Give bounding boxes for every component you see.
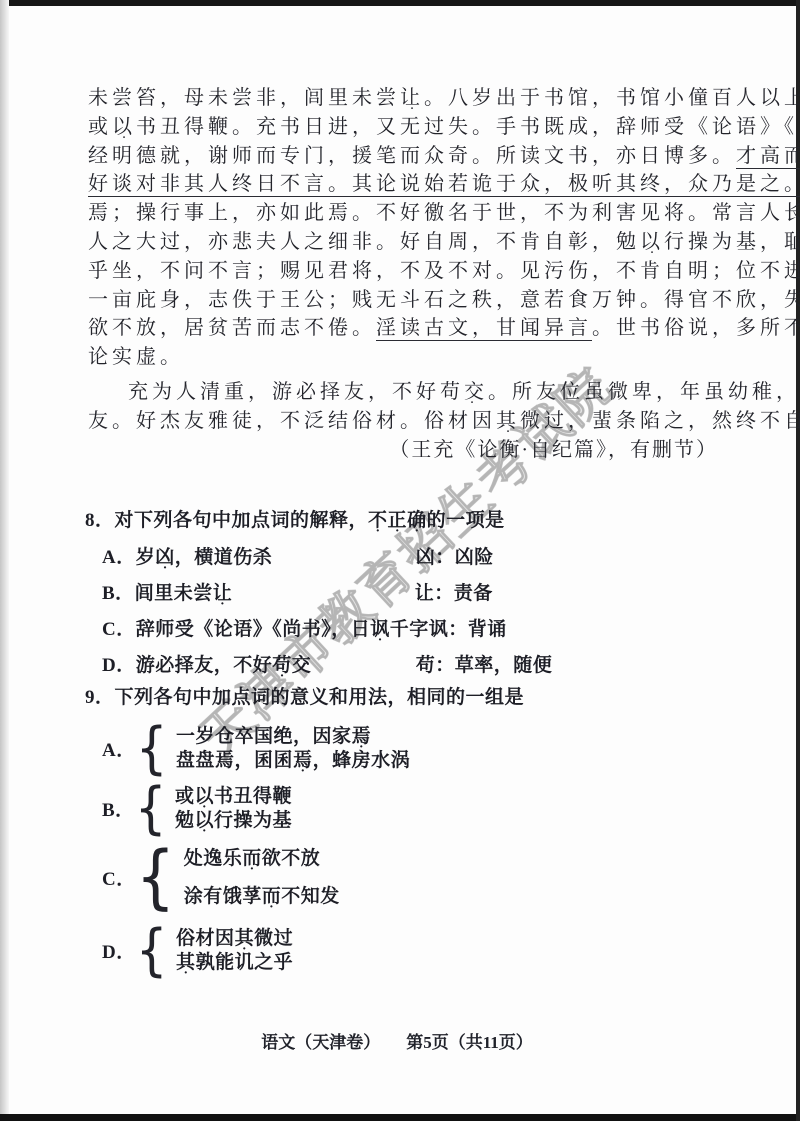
option-label: C． — [102, 620, 136, 640]
question-8-option: D． 游必择友，不好苟交 苟：草率，随便 — [85, 656, 717, 676]
passage-line: 充为人清重，游必择友，不好苟交。所友位虽微卑，年虽幼稚，行苟离俗，必与之 — [88, 378, 718, 407]
left-brace-icon: { — [136, 842, 176, 911]
option-explanation: 让：责备 — [415, 584, 493, 604]
option-label: D． — [102, 937, 136, 964]
question-9-option: C． { 处逸乐而欲不放 涂有饿莩而不知发 — [85, 846, 717, 908]
left-brace-icon: { — [135, 780, 167, 836]
left-brace-icon: { — [136, 922, 168, 978]
option-line-2: 涂有饿莩而不知发 — [184, 886, 340, 907]
left-brace-icon: { — [136, 720, 168, 776]
passage-line: 一亩庇身，志佚于王公；贱无斗石之秩，意若食万钟。得官不欣，失位不恨。处逸乐而 — [88, 286, 718, 315]
option-line-1: 俗材因其微过 — [176, 928, 293, 949]
option-label: C． — [102, 864, 136, 891]
option-label: B． — [102, 584, 135, 604]
option-sentence: 辞师受《论语》《尚书》，日讽千字 — [136, 620, 429, 640]
question-9-option: A． { 一岁仓卒国绝，因家焉 盘盘焉，囷囷焉，蜂房水涡 — [85, 723, 717, 773]
passage-line: （王充《论衡·自纪篇》，有删节） — [88, 436, 718, 465]
page-footer: 语文（天津卷） 第5页（共11页） — [0, 1028, 794, 1053]
passage-line: 未尝笞，母未尝非，闾里未尝让。八岁出于书馆，书馆小僮百人以上，皆以过失袒谪， — [88, 84, 718, 113]
page-border-left — [0, 0, 9, 1121]
option-label: B． — [102, 795, 135, 822]
option-lines: 处逸乐而欲不放 涂有饿莩而不知发 — [184, 848, 340, 907]
option-sentence: 闾里未尝让 — [135, 584, 415, 604]
footer-page-number: 第5页（共11页） — [406, 1028, 533, 1053]
passage-line: 欲不放，居贫苦而志不倦。淫读古文，甘闻异言。世书俗说，多所不安，幽处独居，考 — [88, 314, 718, 343]
option-lines: 一岁仓卒国绝，因家焉 盘盘焉，囷囷焉，蜂房水涡 — [176, 726, 410, 771]
question-9-stem-text: 下列各句中加点词的意义和用法，相同的一组是 — [115, 687, 525, 709]
passage-line: 乎坐，不问不言；赐见君将，不及不对。见污伤，不肯自明；位不进，亦不怀恨。贫无 — [88, 257, 718, 286]
option-line-2: 盘盘焉，囷囷焉，蜂房水涡 — [176, 750, 410, 771]
option-line-1: 或以书丑得鞭 — [175, 786, 292, 807]
option-line-1: 一岁仓卒国绝，因家焉 — [176, 726, 410, 747]
passage-line: 好谈对非其人终日不言。其论说始若诡于众，极听其终，众乃是之。以笔著文，亦如此 — [88, 170, 718, 199]
option-lines: 或以书丑得鞭 勉以行操为基 — [175, 786, 292, 831]
passage-line: 人之大过，亦悲夫人之细非。好自周，不肯自彰，勉以行操为基，耻以材能为名。众会 — [88, 228, 718, 257]
option-lines: 俗材因其微过 其孰能讥之乎 — [176, 928, 293, 973]
page-border-bottom — [0, 1114, 800, 1121]
passage-line: 经明德就，谢师而专门，援笔而众奇。所读文书，亦日博多。才高而不尚苟作口辩而不 — [88, 142, 718, 171]
exam-paper-page: 天津市教育招生考试院 未尝笞，母未尝非，闾里未尝让。八岁出于书馆，书馆小僮百人以… — [0, 0, 800, 1121]
option-line-1: 处逸乐而欲不放 — [184, 848, 340, 869]
passage-line: 论实虚。 — [88, 343, 718, 372]
option-sentence: 岁凶，横道伤杀 — [136, 548, 416, 568]
option-line-2: 勉以行操为基 — [175, 810, 292, 831]
option-explanation: 凶：凶险 — [416, 548, 494, 568]
option-explanation: 讽：背诵 — [429, 620, 507, 640]
question-8-stem: 8． 对下列各句中加点词的解释，不正确的一项是 — [85, 510, 717, 532]
question-8-stem-text: 对下列各句中加点词的解释，不正确的一项是 — [115, 510, 505, 532]
passage-line: 或以书丑得鞭。充书日进，又无过失。手书既成，辞师受《论语》《尚书》，日讽千字。 — [88, 113, 718, 142]
passage-line: 焉；操行事上，亦如此焉。不好徼名于世，不为利害见将。常言人长，希言人短。能释 — [88, 199, 718, 228]
question-9-stem: 9． 下列各句中加点词的意义和用法，相同的一组是 — [85, 687, 717, 709]
option-label: A． — [102, 735, 136, 762]
question-8-number: 8． — [85, 510, 115, 532]
option-line-2: 其孰能讥之乎 — [176, 952, 293, 973]
question-8-options: A． 岁凶，横道伤杀 凶：凶险 B． 闾里未尝让 让：责备 C． 辞师受《论语》… — [85, 548, 717, 676]
question-8-option: C． 辞师受《论语》《尚书》，日讽千字 讽：背诵 — [85, 620, 717, 640]
question-9-option: D． { 俗材因其微过 其孰能讥之乎 — [85, 925, 717, 975]
option-label: A． — [102, 548, 136, 568]
question-9-options: A． { 一岁仓卒国绝，因家焉 盘盘焉，囷囷焉，蜂房水涡 B． { 或以书丑得鞭… — [85, 723, 717, 975]
question-9-option: B． { 或以书丑得鞭 勉以行操为基 — [85, 783, 717, 833]
option-sentence: 游必择友，不好苟交 — [136, 656, 416, 676]
question-8-option: B． 闾里未尝让 让：责备 — [85, 584, 717, 604]
passage-line: 友。好杰友雅徒，不泛结俗材。俗材因其微过，蜚条陷之，然终不自明，亦不非怨其人。 — [88, 407, 718, 436]
option-explanation: 苟：草率，随便 — [416, 656, 553, 676]
passage: 未尝笞，母未尝非，闾里未尝让。八岁出于书馆，书馆小僮百人以上，皆以过失袒谪，或以… — [88, 84, 718, 464]
footer-subject: 语文（天津卷） — [261, 1028, 380, 1053]
page-border-top — [9, 0, 800, 6]
option-label: D． — [102, 656, 136, 676]
question-9: 9． 下列各句中加点词的意义和用法，相同的一组是 A． { 一岁仓卒国绝，因家焉… — [85, 687, 717, 975]
question-9-number: 9． — [85, 687, 115, 709]
question-8-option: A． 岁凶，横道伤杀 凶：凶险 — [85, 548, 717, 568]
question-8: 8． 对下列各句中加点词的解释，不正确的一项是 A． 岁凶，横道伤杀 凶：凶险 … — [85, 510, 717, 676]
